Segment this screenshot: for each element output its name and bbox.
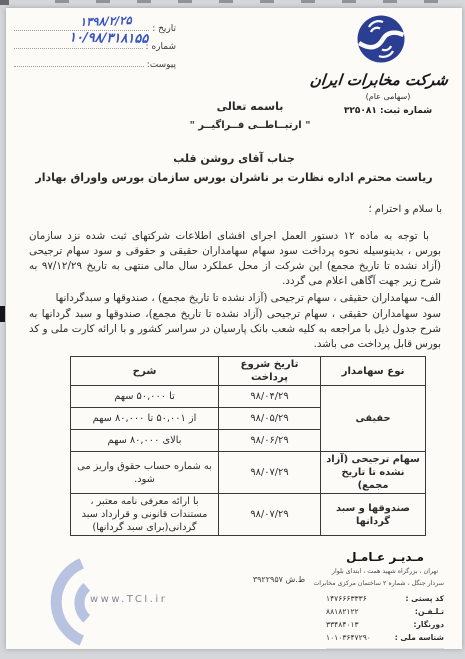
company-name: شرکت مخابرات ایران <box>327 71 449 89</box>
phone-label: تـلـفـن: <box>392 607 444 616</box>
header-payment-start-date: تاریخ شروع پرداخت <box>219 357 321 386</box>
scan-edge-noise <box>55 0 457 3</box>
table-row: صندوقها و سبد گردانها ۹۸/۰۷/۲۹ با ارائه … <box>71 494 426 536</box>
attachment-field: پیوست: <box>14 52 176 70</box>
fax-label: دورنگار: <box>392 620 444 629</box>
phone-row: تـلـفـن: ۸۸۱۸۲۱۲۲ <box>326 605 444 618</box>
number-label: شماره : <box>146 42 176 52</box>
phone-value: ۸۸۱۸۲۱۲۲ <box>326 607 392 616</box>
cell-desc: بالای ۸۰,۰۰۰ سهم <box>71 430 219 452</box>
cell-desc: از ۵۰,۰۰۱ تا ۸۰,۰۰۰ سهم <box>71 408 219 430</box>
letter-page: تاریخ : ۱۳۹۸/۲/۲۵ شماره : ۱۰/۹۸/۳۱۸۱۵۵ پ… <box>6 8 462 649</box>
body-paragraph-1: با توجه به ماده ۱۲ دستور العمل اجرای افش… <box>29 229 441 289</box>
header-description: شرح <box>71 357 219 386</box>
cell-date: ۹۸/۰۵/۲۹ <box>219 408 321 430</box>
fax-value: ۳۳۴۸۴۰۱۳ <box>326 620 392 629</box>
cell-date: ۹۸/۰۷/۲۹ <box>219 452 321 494</box>
number-line: ۱۰/۹۸/۳۱۸۱۵۵ <box>14 37 143 49</box>
cell-type: سهام ترجیحی (آزاد نشده تا تاریخ مجمع) <box>321 452 426 494</box>
scan-corner-artifact <box>0 0 9 5</box>
cell-date: ۹۸/۰۷/۲۹ <box>219 494 321 536</box>
postal-code-value: ۱۴۷۶۶۶۳۳۳۶ <box>326 594 392 603</box>
recipient-title: ریاست محترم اداره نظارت بر ناشران بورس س… <box>6 171 462 184</box>
contact-list: کد پستی : ۱۴۷۶۶۶۳۳۳۶ تـلـفـن: ۸۸۱۸۲۱۲۲ د… <box>326 592 444 649</box>
cell-date: ۹۸/۰۴/۲۹ <box>219 386 321 408</box>
national-id-row: شناسه ملی : ۱۰۱۰۳۶۴۷۲۹۰ <box>326 631 444 644</box>
handwritten-date: ۱۳۹۸/۲/۲۵ <box>79 13 131 29</box>
attachment-line <box>14 55 144 67</box>
signature-block: مـدیـر عـامـل تهران ، بزرگراه شهید همت ،… <box>326 550 444 649</box>
header-shareholder-type: نوع سهامدار <box>321 357 426 386</box>
signature-title: مـدیـر عـامـل <box>326 550 444 564</box>
print-code: ط.ش ۳۹۲۲۹۵۷ <box>244 575 314 584</box>
section-a-title: الف- سهامداران حقیقی ، سهام ترجیحی (آزاد… <box>29 292 441 304</box>
payment-schedule-table: نوع سهامدار تاریخ شروع پرداخت شرح حقیقی … <box>70 356 426 536</box>
body-paragraph-2: سود سهامداران حقیقی ، سهام ترجیحی (آزاد … <box>29 307 441 352</box>
cell-desc: تا ۵۰,۰۰۰ سهم <box>71 386 219 408</box>
attachment-label: پیوست: <box>147 60 176 70</box>
handwritten-number: ۱۰/۹۸/۳۱۸۱۵۵ <box>69 30 149 46</box>
cell-type: صندوقها و سبد گردانها <box>321 494 426 536</box>
number-field: شماره : ۱۰/۹۸/۳۱۸۱۵۵ <box>14 34 176 52</box>
table-row: سهام ترجیحی (آزاد نشده تا تاریخ مجمع) ۹۸… <box>71 452 426 494</box>
salutation: با سلام و احترام ؛ <box>368 204 442 215</box>
postal-code-row: کد پستی : ۱۴۷۶۶۶۳۳۳۶ <box>326 592 444 605</box>
cell-desc: به شماره حساب حقوق واریز می شود. <box>71 452 219 494</box>
slogan: " ارتبــاطــی فــراگیــر " <box>150 120 350 131</box>
cell-date: ۹۸/۰۶/۲۹ <box>219 430 321 452</box>
national-id-label: شناسه ملی : <box>392 633 444 642</box>
fax-row: دورنگار: ۳۳۴۸۴۰۱۳ <box>326 618 444 631</box>
table-row: حقیقی ۹۸/۰۴/۲۹ تا ۵۰,۰۰۰ سهم <box>71 386 426 408</box>
date-label: تاریخ : <box>152 24 176 34</box>
fold-mark <box>0 306 5 322</box>
website-url: www.TCI.ir <box>90 594 167 605</box>
cell-type: حقیقی <box>321 386 426 452</box>
scanned-letter: تاریخ : ۱۳۹۸/۲/۲۵ شماره : ۱۰/۹۸/۳۱۸۱۵۵ پ… <box>0 0 465 659</box>
date-line: ۱۳۹۸/۲/۲۵ <box>14 19 149 31</box>
letter-meta-fields: تاریخ : ۱۳۹۸/۲/۲۵ شماره : ۱۰/۹۸/۳۱۸۱۵۵ پ… <box>14 16 176 70</box>
cell-desc: با ارائه معرفی نامه معتبر ، مستندات قانو… <box>71 494 219 536</box>
postal-code-label: کد پستی : <box>392 594 444 603</box>
besmellah: باسمه تعالی <box>150 100 350 113</box>
address-line-2: سردار جنگل ، شماره ۲ ساختمان مرکزی مخابر… <box>326 579 444 588</box>
national-id-value: ۱۰۱۰۳۶۴۷۲۹۰ <box>326 633 392 642</box>
tci-logo-icon <box>356 14 406 68</box>
address-line-1: تهران ، بزرگراه شهید همت ، ابتدای بلوار <box>326 567 444 576</box>
table-header-row: نوع سهامدار تاریخ شروع پرداخت شرح <box>71 357 426 386</box>
recipient-name: جناب آقای روشن قلب <box>6 152 462 165</box>
